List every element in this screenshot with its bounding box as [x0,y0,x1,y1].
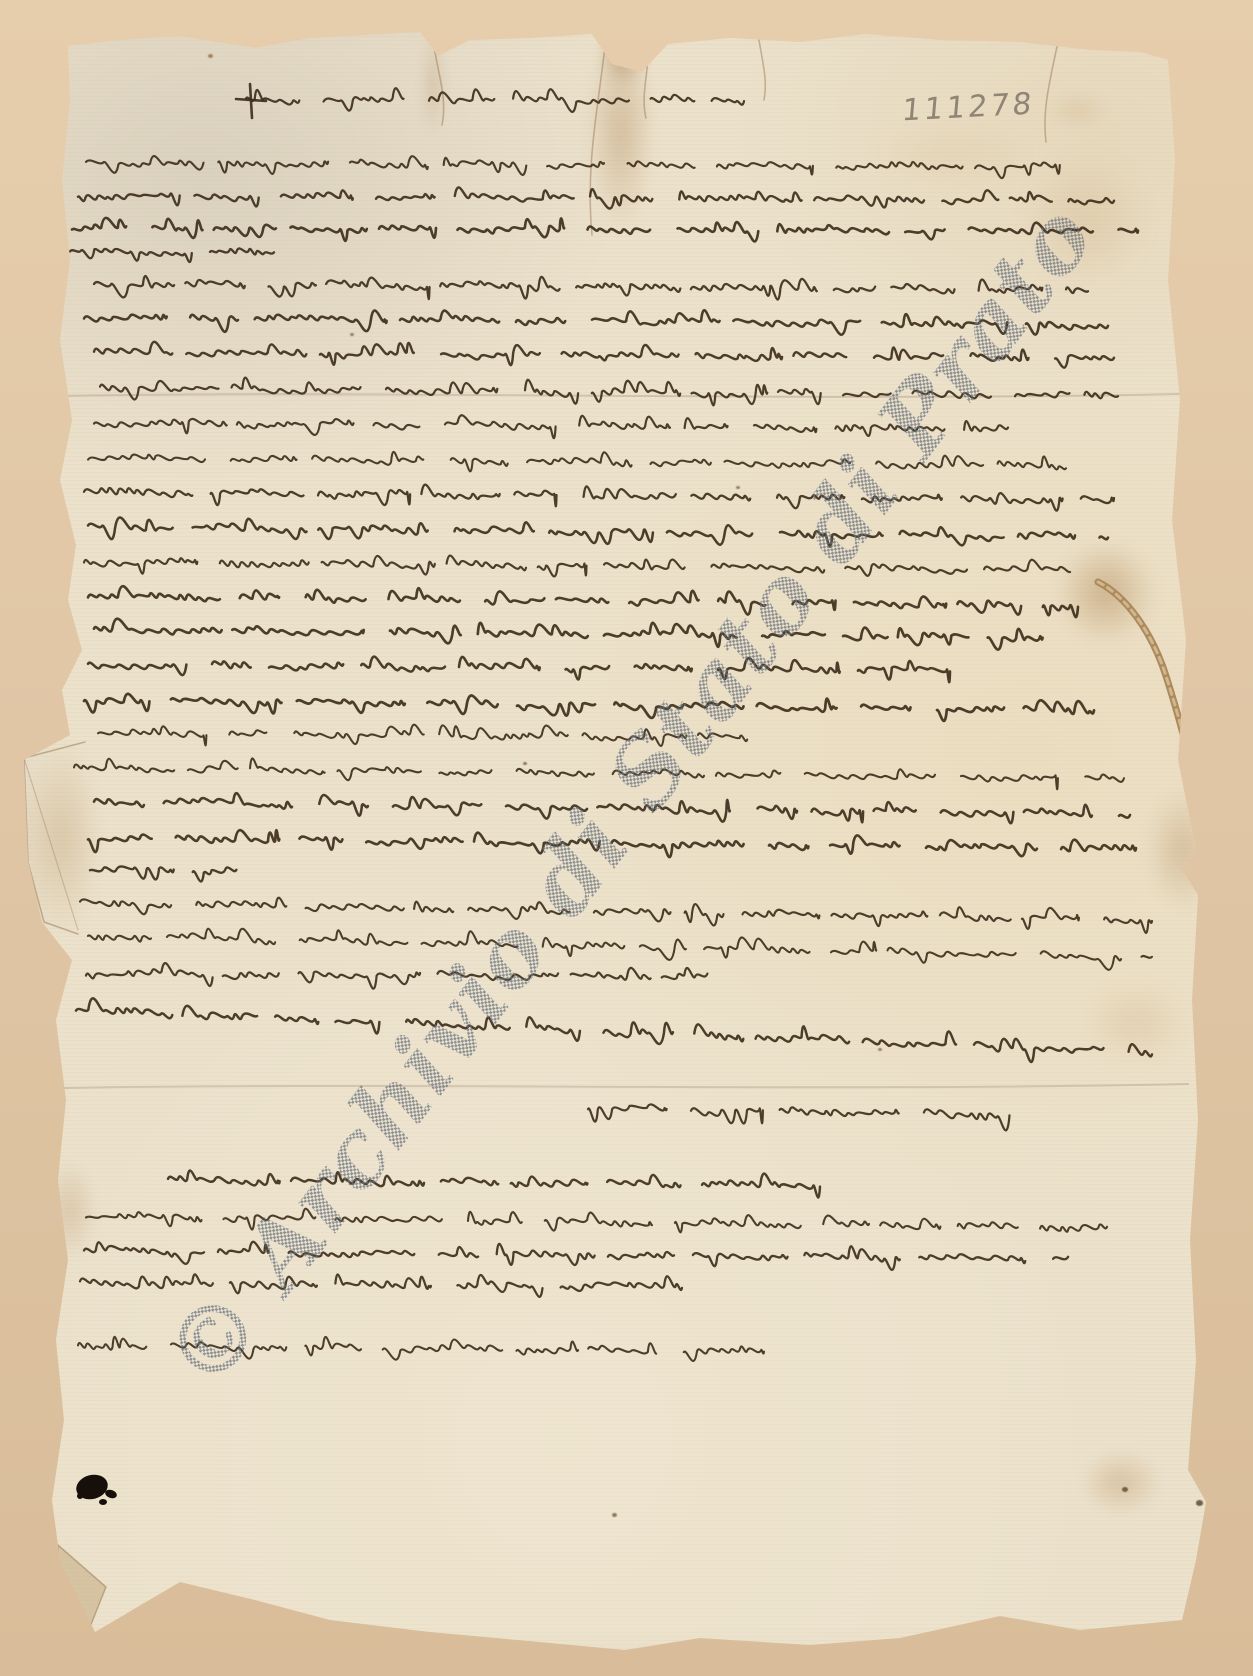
ink-blot [73,1471,118,1505]
foxing-speck [208,54,213,58]
paper-crack [1045,42,1058,142]
paper-stain [1148,790,1218,910]
paper-stain [860,120,1040,190]
foxing-speck [1203,1521,1208,1525]
twine-fragment-highlight [1098,582,1196,792]
paper-stain [1080,980,1190,1065]
script-line [88,586,1078,617]
paper-crack [644,40,648,118]
paper-crack [590,36,606,235]
torn-flap-edge [24,742,85,934]
paper-stain [1056,540,1156,645]
script-line [84,485,1114,511]
foxing-speck [878,1048,882,1051]
foxing-speck [1196,1500,1203,1506]
paper-stain [42,1158,97,1263]
foxing-speck [736,486,740,489]
script-line [88,929,1152,970]
script-line [84,694,1094,721]
paper-stain [18,735,103,940]
paper-stain [586,26,656,236]
script-line [94,619,1043,650]
manuscript-paper: © Archivio di Stato di Prato 111278 + Al… [0,0,1253,1676]
script-line [70,248,274,262]
foxing-speck [523,762,527,765]
folded-corner [58,1545,106,1632]
script-line [86,963,707,989]
paper-crack [758,34,765,100]
foxing-speck [1122,1487,1128,1492]
twine-fragment [1098,582,1196,792]
script-line [80,1274,682,1296]
paper-crack [432,32,444,125]
paper-stain [1078,1448,1163,1518]
copyright-watermark: © Archivio di Stato di Prato [138,180,1120,1413]
paper-stain [598,20,648,90]
script-line [78,187,1114,208]
script-line [588,1104,1010,1130]
scan-backdrop: { "page": { "width": 1253, "height": 167… [0,0,1253,1676]
invocation-cross [236,84,266,118]
foxing-speck [612,1513,617,1517]
script-line-dateline [246,88,744,112]
foxing-speck [142,1604,146,1607]
script-line [76,998,1152,1062]
script-line [84,556,1070,577]
script-line [88,657,950,683]
script-line [88,517,1108,546]
paper-stain [1048,92,1108,128]
script-line [72,218,1138,242]
twine-end [1191,788,1201,798]
torn-flap-crease [24,758,78,930]
paper-stain [420,28,446,138]
fold-crease [58,1084,1188,1088]
script-line [86,156,1060,178]
script-line [90,866,236,881]
foxing-speck [350,333,354,336]
manuscript-scan: © Archivio di Stato di Prato 111278 + Al… [0,0,1253,1676]
archive-number-pencil: 111278 [901,86,1036,128]
